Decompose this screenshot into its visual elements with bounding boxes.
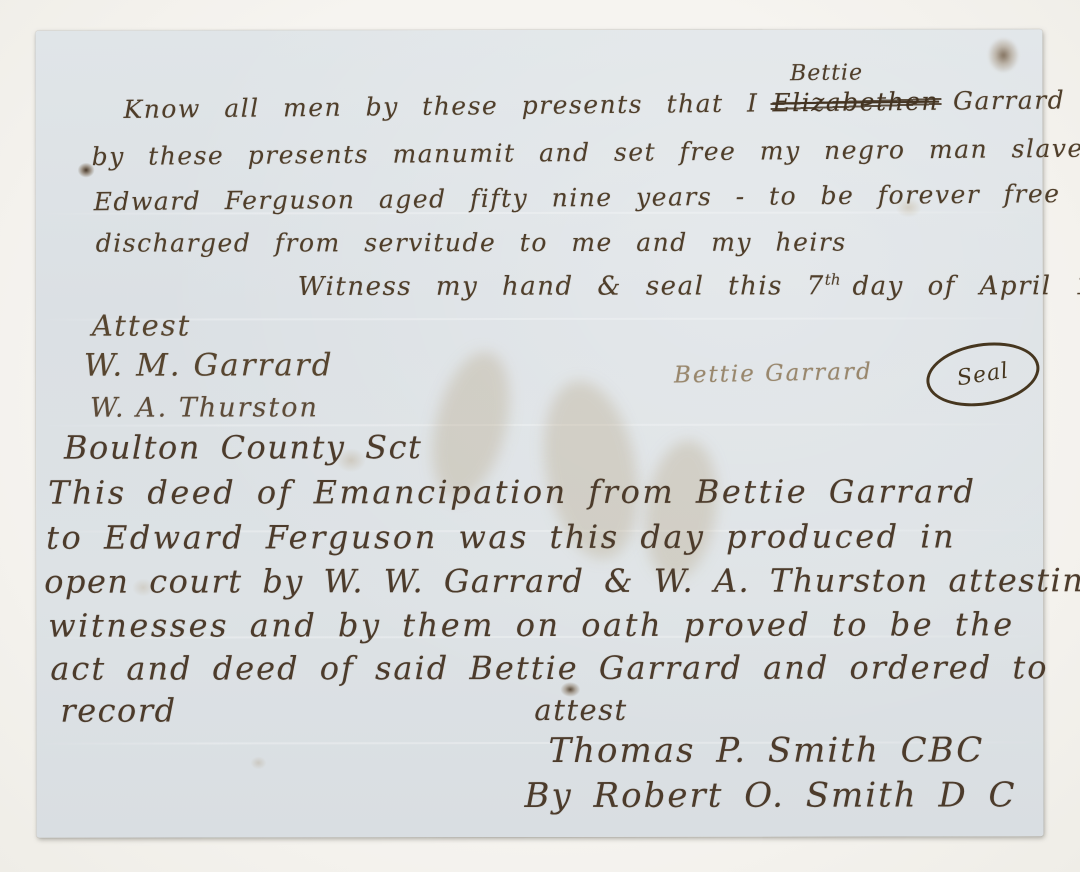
court-attest-label: attest	[534, 693, 627, 727]
witness-clause-prefix: Witness my hand & seal this 7	[298, 271, 825, 302]
court-line-3: open court by W. W. Garrard & W. A. Thur…	[44, 561, 1080, 600]
deed-line-1: Know all men by these presents that IEli…	[123, 85, 1080, 124]
inserted-name: Bettie	[790, 60, 863, 86]
witness-clause-superscript: th	[825, 271, 841, 289]
witness-clause: Witness my hand & seal this 7thday of Ap…	[298, 270, 1080, 302]
witness-clause-suffix: day of April 1851.	[852, 271, 1080, 301]
court-line-1: This deed of Emancipation from Bettie Ga…	[48, 472, 976, 511]
grantor-signature: Bettie Garrard	[674, 359, 873, 389]
witness-signature-2: W. A. Thurston	[90, 392, 319, 423]
deed-line-1-suffix: Garrard do	[953, 85, 1080, 116]
seal-oval: Seal	[922, 335, 1044, 414]
ink-stain	[987, 37, 1019, 73]
clerk-signature: Thomas P. Smith CBC	[548, 730, 984, 771]
county-line: Boulton County Sct	[64, 428, 422, 467]
struck-name-wrap: ElizabethenBettie	[772, 87, 939, 118]
deputy-clerk-signature: By Robert O. Smith D C	[524, 775, 1016, 816]
witness-signature-1: W. M. Garrard	[84, 347, 334, 383]
seal-label: Seal	[955, 358, 1011, 391]
foxing-spot	[250, 756, 266, 769]
struck-name: Elizabethen	[772, 87, 939, 118]
court-line-5: act and deed of said Bettie Garrard and …	[50, 648, 1048, 687]
deed-line-4: discharged from servitude to me and my h…	[96, 228, 847, 258]
court-line-6: record	[60, 692, 176, 730]
deed-line-1-prefix: Know all men by these presents that I	[123, 89, 758, 124]
court-line-4: witnesses and by them on oath proved to …	[48, 605, 1015, 644]
fold-crease	[36, 423, 1043, 426]
deed-line-2: by these presents manumit and set free m…	[92, 134, 1080, 171]
document-paper: Know all men by these presents that IEli…	[35, 29, 1043, 837]
attest-label: Attest	[92, 308, 192, 342]
scan-background: Know all men by these presents that IEli…	[0, 0, 1080, 872]
court-line-2: to Edward Ferguson was this day produced…	[46, 517, 956, 556]
